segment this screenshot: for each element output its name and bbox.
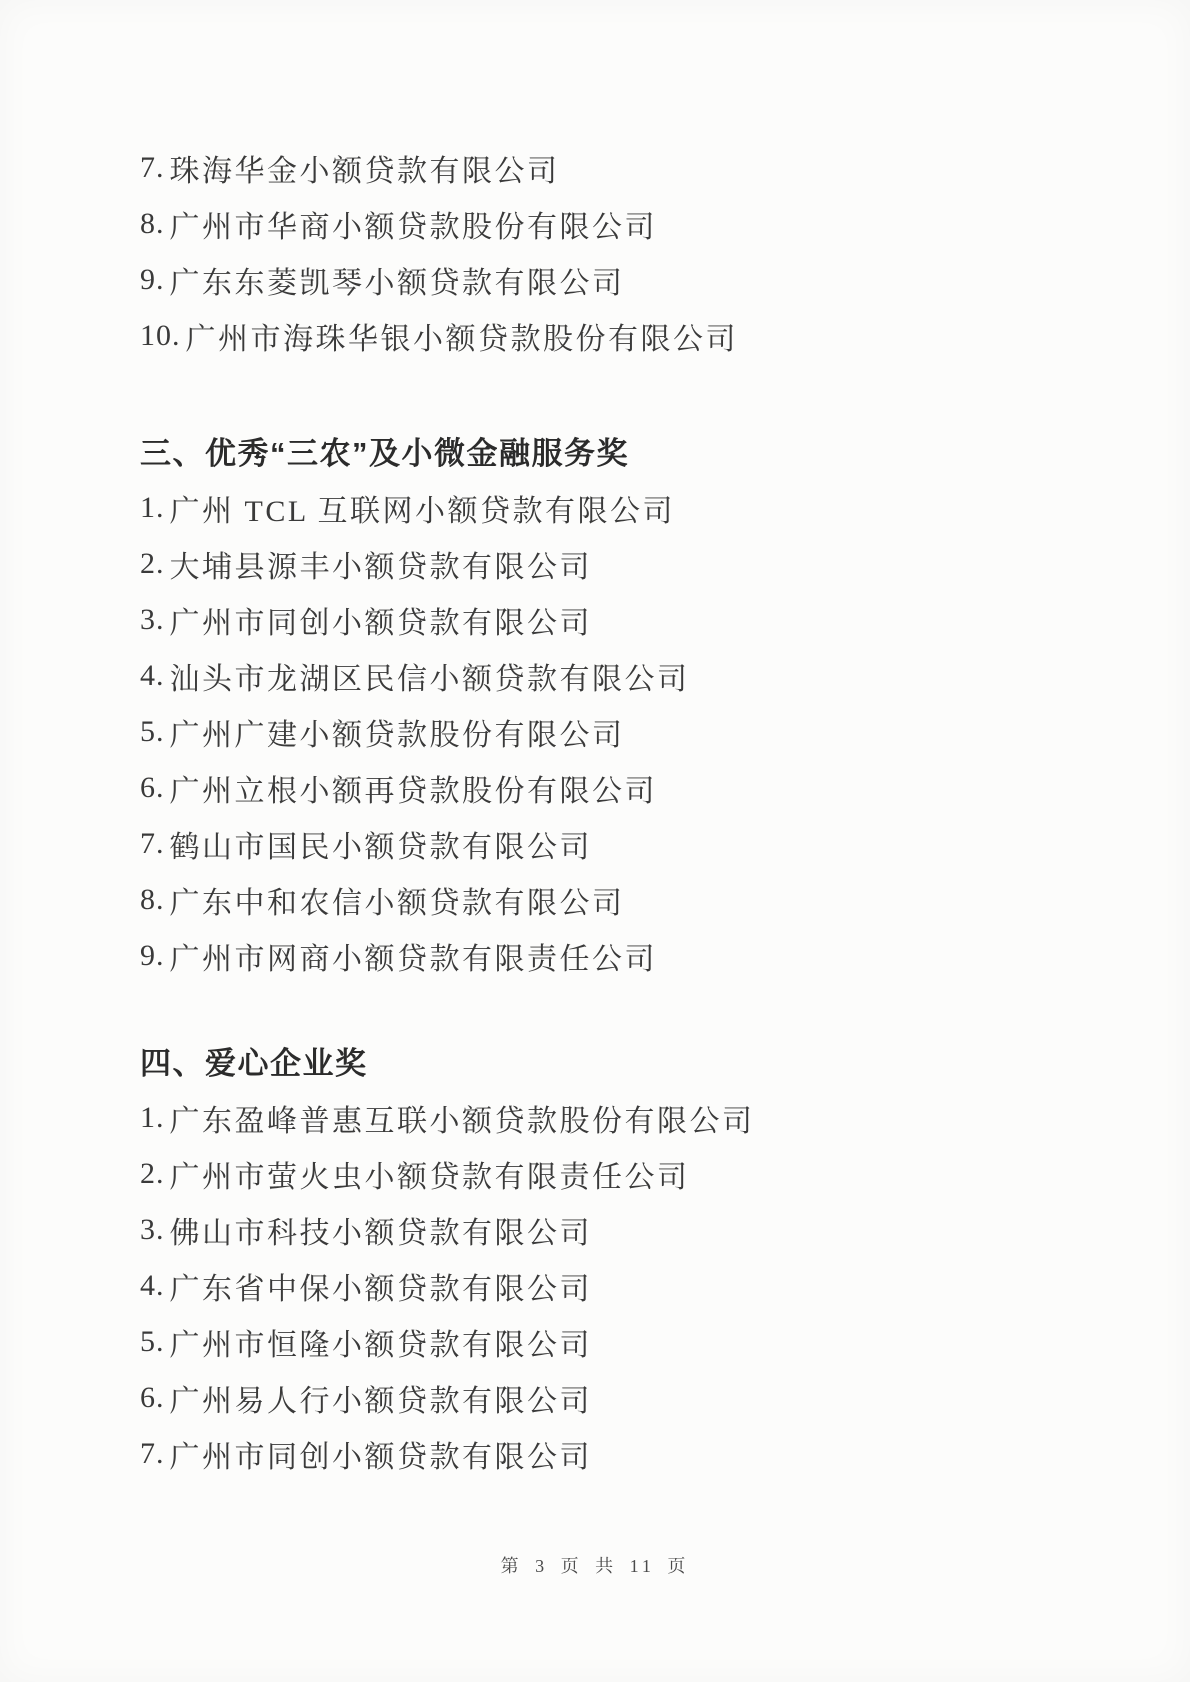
item-number: 2. [140,547,165,581]
list-item: 8.广州市华商小额贷款股份有限公司 [140,196,1130,252]
item-name: 广州市恒隆小额贷款有限公司 [170,1320,593,1364]
item-number: 5. [140,715,165,749]
item-number: 7. [140,1437,165,1471]
list-item: 9.广东东菱凯琴小额贷款有限公司 [140,252,1130,308]
item-name: 广东省中保小额贷款有限公司 [170,1264,593,1308]
item-number: 8. [140,207,165,241]
list-item: 9.广州市网商小额贷款有限责任公司 [140,928,1130,984]
item-name: 广州市网商小额贷款有限责任公司 [170,934,658,978]
section-title: 三、优秀“三农”及小微金融服务奖 [140,420,1130,480]
item-number: 9. [140,939,165,973]
list-item: 8.广东中和农信小额贷款有限公司 [140,872,1130,928]
list-item: 4.汕头市龙湖区民信小额贷款有限公司 [140,648,1130,704]
page-footer: 第 3 页 共 11 页 [0,1552,1190,1578]
item-number: 7. [140,827,165,861]
item-number: 3. [140,1213,165,1247]
list-item: 3.佛山市科技小额贷款有限公司 [140,1202,1130,1258]
item-name: 广州易人行小额贷款有限公司 [170,1376,593,1420]
item-number: 4. [140,659,165,693]
list-item: 7.鹤山市国民小额贷款有限公司 [140,816,1130,872]
item-name: 广州市华商小额贷款股份有限公司 [170,202,658,246]
list-item: 5.广州广建小额贷款股份有限公司 [140,704,1130,760]
item-number: 9. [140,263,165,297]
section-three: 三、优秀“三农”及小微金融服务奖 1.广州 TCL 互联网小额贷款有限公司 2.… [140,420,1130,984]
list-item: 6.广州易人行小额贷款有限公司 [140,1370,1130,1426]
item-name: 广东盈峰普惠互联小额贷款股份有限公司 [170,1096,755,1140]
item-number: 5. [140,1325,165,1359]
list-item: 1.广州 TCL 互联网小额贷款有限公司 [140,480,1130,536]
list-item: 7.珠海华金小额贷款有限公司 [140,140,1130,196]
item-number: 7. [140,151,165,185]
item-name: 广州市同创小额贷款有限公司 [170,598,593,642]
item-number: 3. [140,603,165,637]
item-name: 大埔县源丰小额贷款有限公司 [170,542,593,586]
item-name: 广州广建小额贷款股份有限公司 [170,710,625,754]
item-name: 广州立根小额再贷款股份有限公司 [170,766,658,810]
item-name: 珠海华金小额贷款有限公司 [170,146,560,190]
item-name: 广东东菱凯琴小额贷款有限公司 [170,258,625,302]
item-name: 广东中和农信小额贷款有限公司 [170,878,625,922]
document-page: 7.珠海华金小额贷款有限公司 8.广州市华商小额贷款股份有限公司 9.广东东菱凯… [0,0,1190,1682]
list-item: 4.广东省中保小额贷款有限公司 [140,1258,1130,1314]
list-item: 10.广州市海珠华银小额贷款股份有限公司 [140,308,1130,364]
list-item: 2.大埔县源丰小额贷款有限公司 [140,536,1130,592]
award-list: 1.广东盈峰普惠互联小额贷款股份有限公司 2.广州市萤火虫小额贷款有限责任公司 … [140,1090,1130,1482]
item-name: 汕头市龙湖区民信小额贷款有限公司 [170,654,690,698]
item-name: 广州市同创小额贷款有限公司 [170,1432,593,1476]
list-item: 3.广州市同创小额贷款有限公司 [140,592,1130,648]
item-name: 广州 TCL 互联网小额贷款有限公司 [170,486,676,530]
list-item: 2.广州市萤火虫小额贷款有限责任公司 [140,1146,1130,1202]
list-item: 7.广州市同创小额贷款有限公司 [140,1426,1130,1482]
list-item: 1.广东盈峰普惠互联小额贷款股份有限公司 [140,1090,1130,1146]
item-number: 6. [140,771,165,805]
item-number: 6. [140,1381,165,1415]
item-number: 1. [140,1101,165,1135]
item-name: 佛山市科技小额贷款有限公司 [170,1208,593,1252]
continued-award-list: 7.珠海华金小额贷款有限公司 8.广州市华商小额贷款股份有限公司 9.广东东菱凯… [140,140,1130,364]
list-item: 6.广州立根小额再贷款股份有限公司 [140,760,1130,816]
item-number: 8. [140,883,165,917]
item-name: 鹤山市国民小额贷款有限公司 [170,822,593,866]
section-title: 四、爱心企业奖 [140,1030,1130,1090]
item-number: 10. [140,319,181,353]
list-item: 5.广州市恒隆小额贷款有限公司 [140,1314,1130,1370]
item-number: 1. [140,491,165,525]
item-name: 广州市海珠华银小额贷款股份有限公司 [186,314,739,358]
award-list: 1.广州 TCL 互联网小额贷款有限公司 2.大埔县源丰小额贷款有限公司 3.广… [140,480,1130,984]
section-four: 四、爱心企业奖 1.广东盈峰普惠互联小额贷款股份有限公司 2.广州市萤火虫小额贷… [140,1030,1130,1482]
item-number: 2. [140,1157,165,1191]
item-name: 广州市萤火虫小额贷款有限责任公司 [170,1152,690,1196]
item-number: 4. [140,1269,165,1303]
